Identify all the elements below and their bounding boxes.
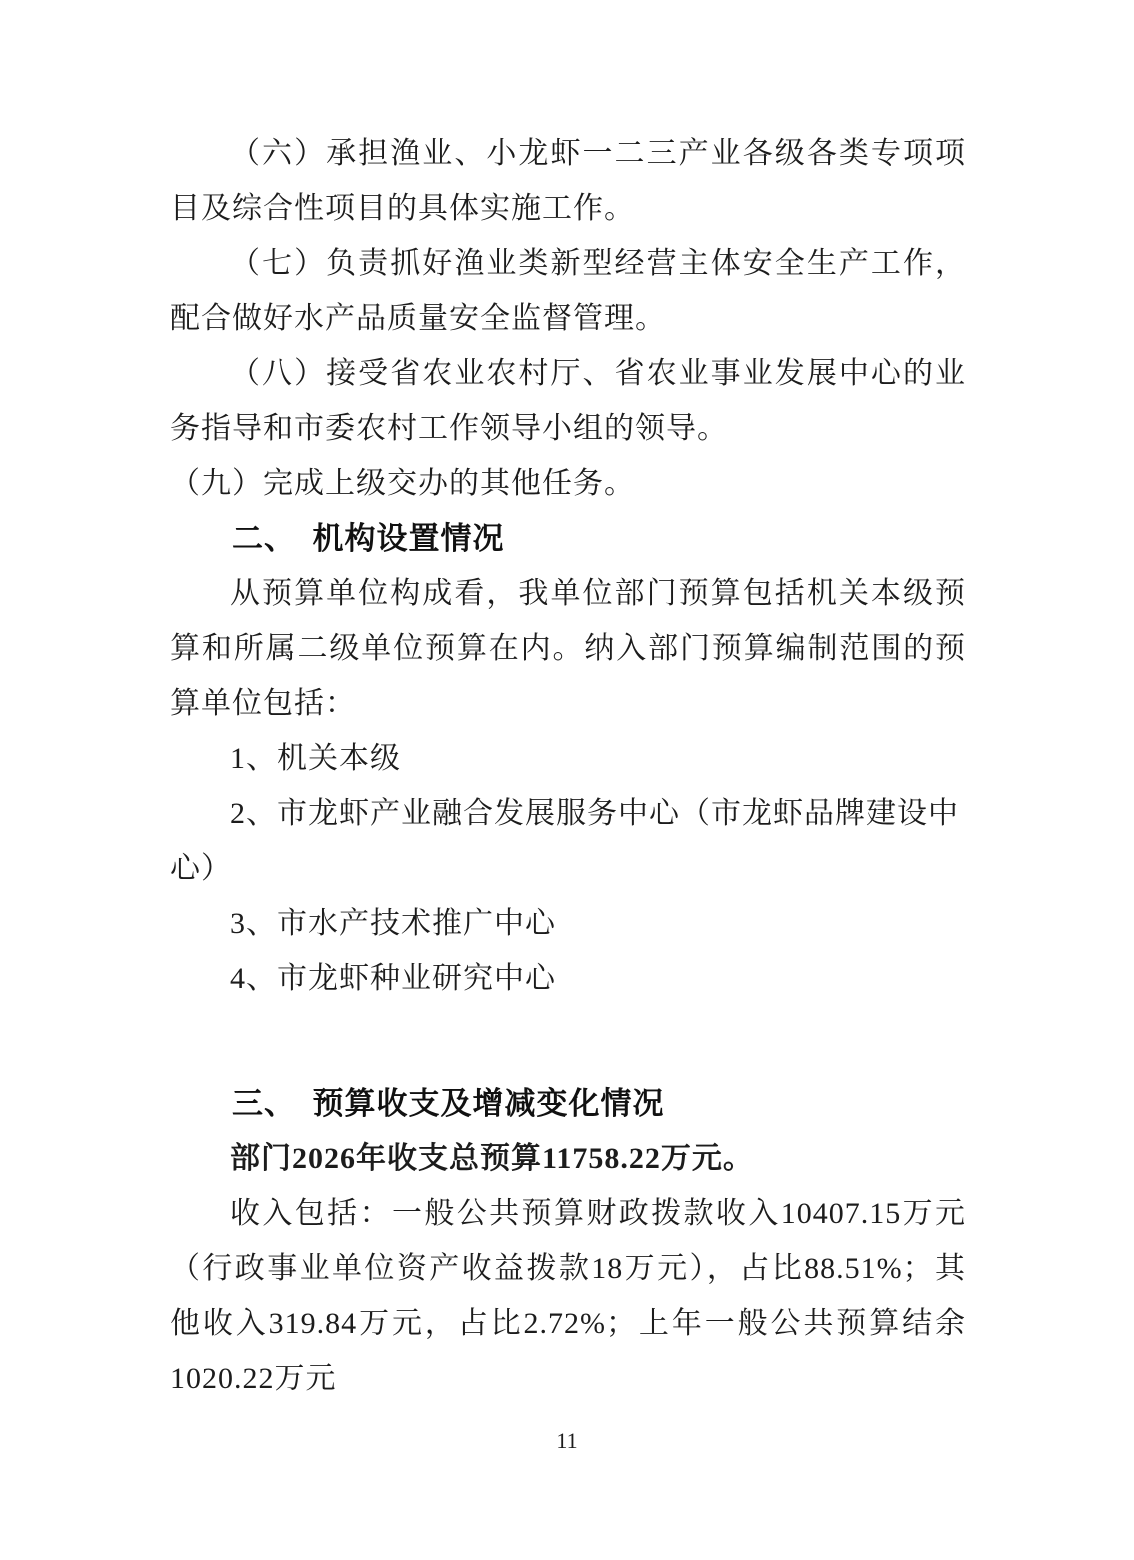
paragraph-item-seven: （七）负责抓好渔业类新型经营主体安全生产工作，配合做好水产品质量安全监督管理。 [170, 236, 966, 346]
section-heading-budget: 三、 预算收支及增减变化情况 [170, 1076, 966, 1131]
paragraph-item-eight: （八）接受省农业农村厅、省农业事业发展中心的业务指导和市委农村工作领导小组的领导… [170, 346, 966, 456]
paragraph-item-six: （六）承担渔业、小龙虾一二三产业各级各类专项项目及综合性项目的具体实施工作。 [170, 126, 966, 236]
paragraph-total-budget: 部门2026年收支总预算11758.22万元。 [170, 1131, 966, 1186]
paragraph-income-detail: 收入包括：一般公共预算财政拨款收入10407.15万元（行政事业单位资产收益拨款… [170, 1186, 966, 1406]
page-number: 11 [0, 1428, 1134, 1454]
document-content: （六）承担渔业、小龙虾一二三产业各级各类专项项目及综合性项目的具体实施工作。 （… [170, 126, 966, 1406]
paragraph-budget-units-intro: 从预算单位构成看，我单位部门预算包括机关本级预算和所属二级单位预算在内。纳入部门… [170, 566, 966, 731]
paragraph-item-nine: （九）完成上级交办的其他任务。 [170, 456, 966, 511]
list-item-3: 3、市水产技术推广中心 [170, 896, 966, 951]
section-heading-organization: 二、 机构设置情况 [170, 511, 966, 566]
list-item-1: 1、机关本级 [170, 731, 966, 786]
blank-line-gap [170, 1006, 966, 1076]
list-item-2: 2、市龙虾产业融合发展服务中心（市龙虾品牌建设中心） [170, 786, 966, 896]
document-page: （六）承担渔业、小龙虾一二三产业各级各类专项项目及综合性项目的具体实施工作。 （… [0, 0, 1134, 1560]
list-item-4: 4、市龙虾种业研究中心 [170, 951, 966, 1006]
